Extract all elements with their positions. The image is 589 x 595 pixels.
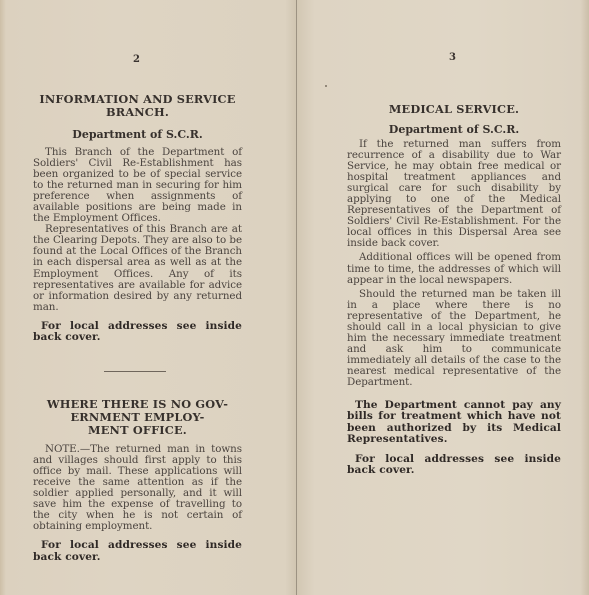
body-paragraph: Representatives of this Branch are at th… <box>33 224 242 312</box>
gutter-fold <box>296 0 297 595</box>
no-employment-office-section: WHERE THERE IS NO GOV- ERNMENT EMPLOY- M… <box>33 398 242 563</box>
section-subheading: Department of S.C.R. <box>347 123 561 136</box>
information-service-section: INFORMATION AND SERVICE BRANCH. Departme… <box>33 93 242 344</box>
payment-warning: The Department cannot pay any bills for … <box>347 400 561 446</box>
section-heading: INFORMATION AND SERVICE BRANCH. <box>33 93 242 119</box>
addresses-note: For local addresses see inside back cove… <box>33 321 242 344</box>
body-paragraph: Should the returned man be taken ill in … <box>347 289 561 388</box>
section-heading-line: MENT OFFICE. <box>33 424 242 437</box>
section-heading: MEDICAL SERVICE. <box>347 103 561 116</box>
body-paragraph: NOTE.—The returned man in towns and vill… <box>33 444 242 532</box>
body-paragraph: Additional offices will be opened from t… <box>347 252 561 285</box>
body-paragraph: If the returned man suffers from recurre… <box>347 139 561 249</box>
right-page: 3 MEDICAL SERVICE. Department of S.C.R. … <box>297 0 589 595</box>
addresses-note: For local addresses see inside back cove… <box>33 540 242 563</box>
paper-speck <box>325 85 327 87</box>
left-page: 2 INFORMATION AND SERVICE BRANCH. Depart… <box>0 0 297 595</box>
medical-service-section: MEDICAL SERVICE. Department of S.C.R. If… <box>347 103 561 476</box>
addresses-note: For local addresses see inside back cove… <box>347 454 561 477</box>
page-number: 3 <box>449 52 456 63</box>
section-subheading: Department of S.C.R. <box>33 128 242 141</box>
page-number: 2 <box>133 54 140 65</box>
section-divider <box>104 371 166 372</box>
booklet-spread: 2 INFORMATION AND SERVICE BRANCH. Depart… <box>0 0 589 595</box>
body-paragraph: This Branch of the Department of Soldier… <box>33 147 242 224</box>
